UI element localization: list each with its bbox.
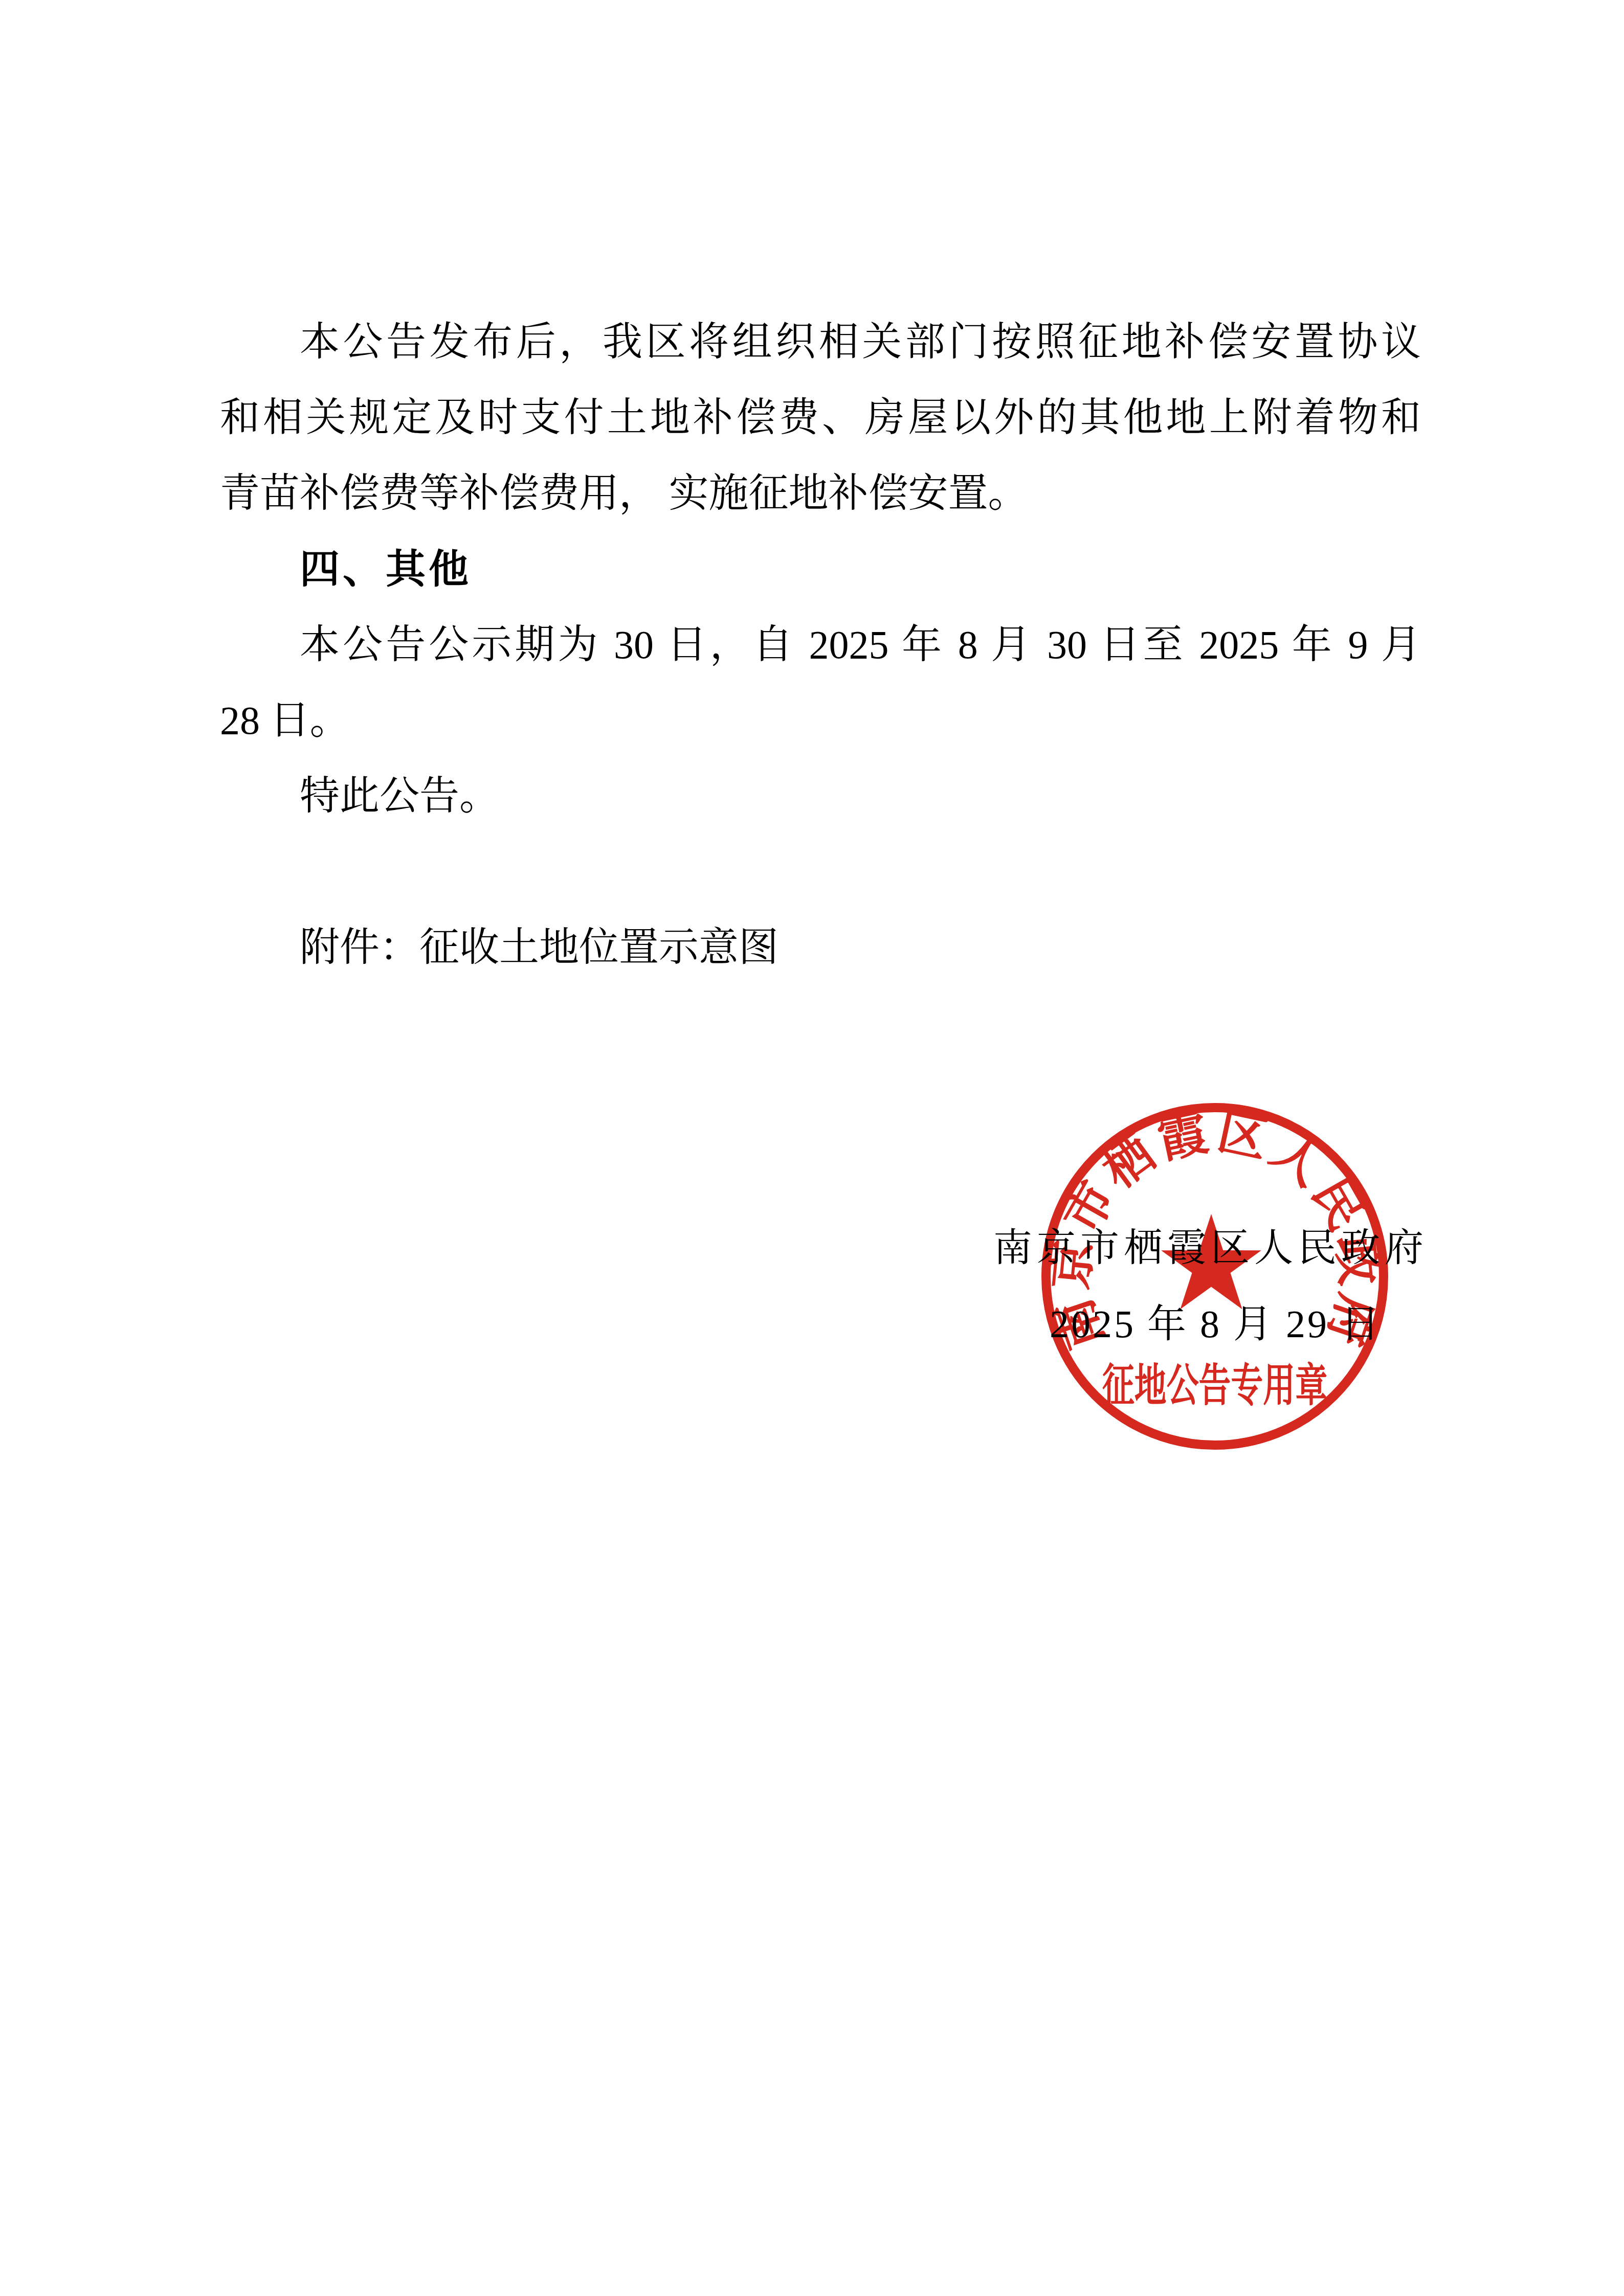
body-line-3: 青苗补偿费等补偿费用， 实施征地补偿安置。: [220, 456, 1421, 531]
body-line-2: 和相关规定及时支付土地补偿费、房屋以外的其他地上附着物和: [220, 380, 1421, 456]
official-seal: 南京市栖霞区人民政府 征地公告专用章: [1020, 1082, 1409, 1471]
document-page: 本公告发布后，我区将组织相关部门按照征地补偿安置协议 和相关规定及时支付土地补偿…: [0, 0, 1624, 2296]
announcement-body: 本公告发布后，我区将组织相关部门按照征地补偿安置协议 和相关规定及时支付土地补偿…: [220, 304, 1421, 985]
seal-bottom-text: 征地公告专用章: [1102, 1361, 1327, 1411]
attachment-line: 附件：征收土地位置示意图: [220, 910, 1421, 985]
body-line-5: 本公告公示期为 30 日，自 2025 年 8 月 30 日至 2025 年 9…: [220, 607, 1421, 683]
section-heading: 四、其他: [220, 531, 1421, 607]
body-line-7: 特此公告。: [220, 758, 1421, 834]
body-line-6: 28 日。: [220, 683, 1421, 758]
issuer-signature: 南京市栖霞区人民政府: [993, 1225, 1428, 1272]
body-line-1: 本公告发布后，我区将组织相关部门按照征地补偿安置协议: [220, 304, 1421, 380]
issue-date: 2025 年 8 月 29 日: [1050, 1301, 1382, 1348]
